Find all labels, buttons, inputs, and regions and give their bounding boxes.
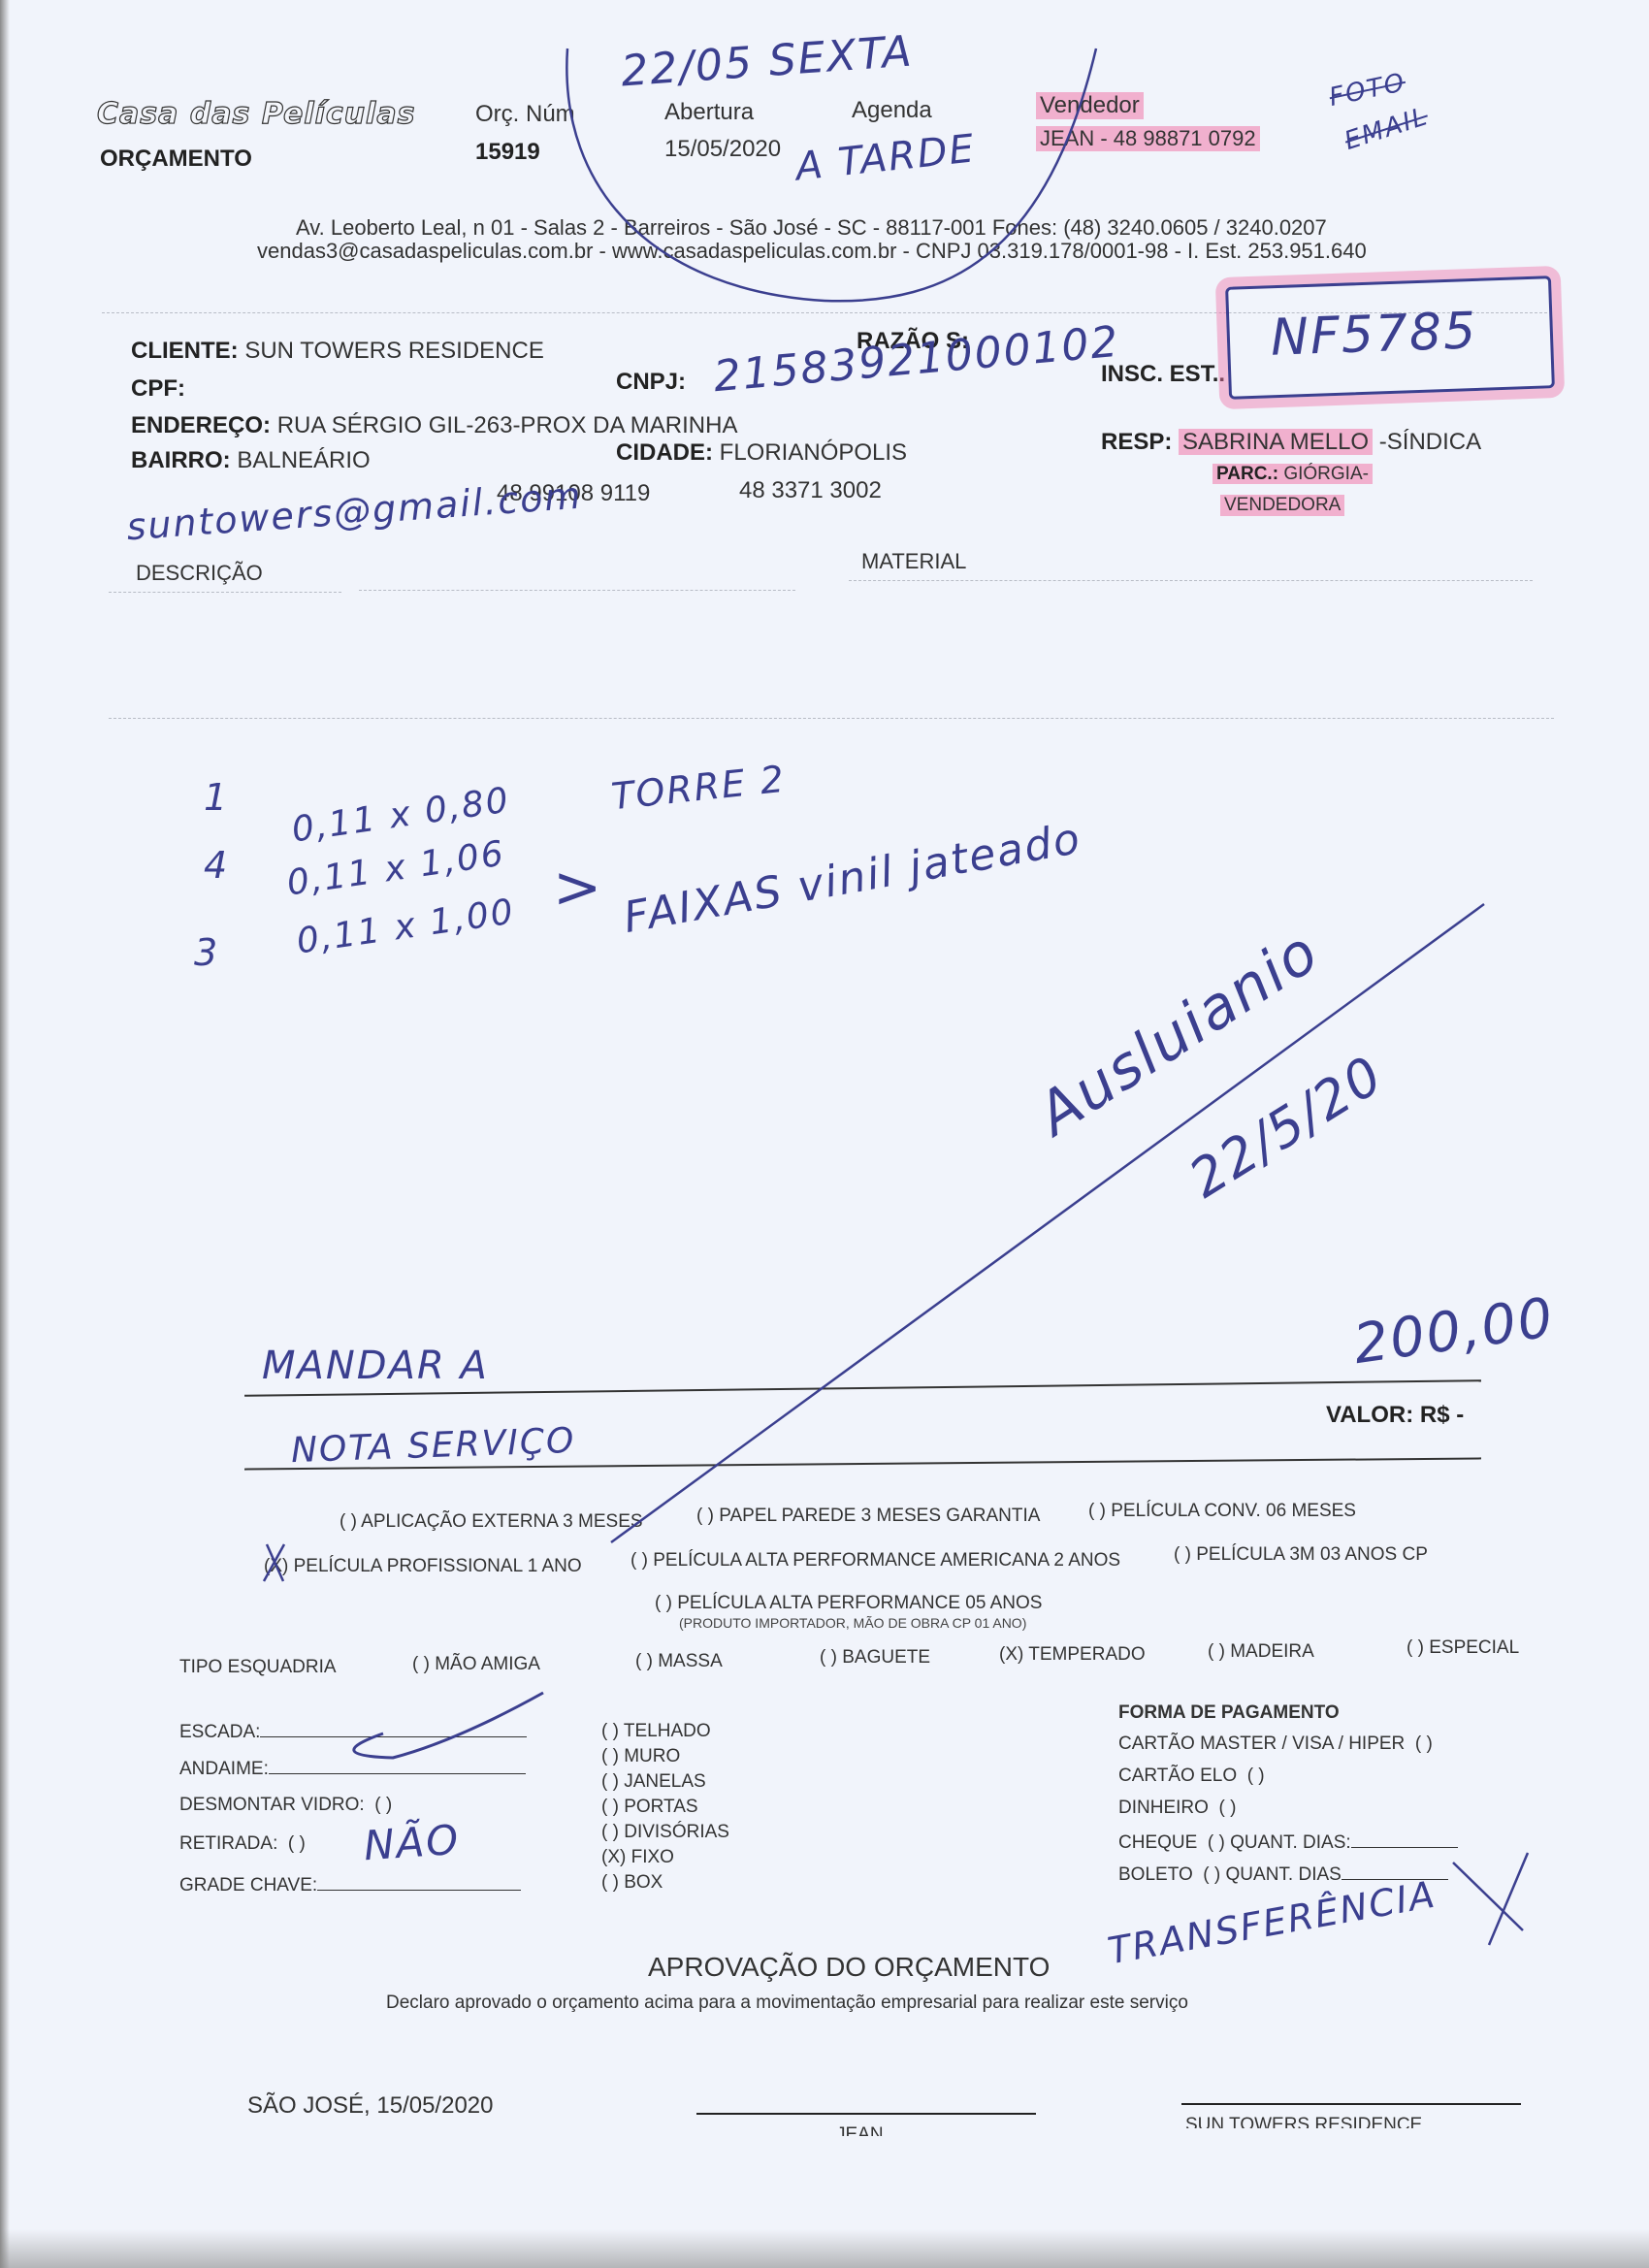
option-label: CHEQUE [1118,1832,1197,1853]
material-label: MATERIAL [861,549,966,574]
andaime-field[interactable]: ANDAIME: [179,1756,526,1780]
checkbox[interactable]: ( ) [339,1511,357,1532]
doc-type: ORÇAMENTO [100,146,252,173]
warranty-option-label: PAPEL PAREDE 3 MESES GARANTIA [719,1506,1040,1526]
handwritten-material: FAIXAS vinil jateado [620,814,1084,943]
warranty-option[interactable]: ( ) APLICAÇÃO EXTERNA 3 MESES [339,1511,643,1533]
bairro-field: BAIRRO: BALNEÁRIO [131,447,371,474]
cliente-value: SUN TOWERS RESIDENCE [244,338,544,364]
handwritten-agenda-time: A TARDE [793,126,978,189]
warranty-option-label: PELÍCULA ALTA PERFORMANCE 05 ANOS [677,1593,1042,1613]
option-label: MADEIRA [1230,1641,1314,1662]
handwritten-email-address: suntowers@gmail.com [125,474,584,549]
checkbox[interactable]: ( ) [1406,1637,1424,1658]
esquadria-option[interactable]: ( ) MÃO AMIGA [412,1654,540,1675]
quant-dias-label: QUANT. DIAS [1226,1864,1342,1885]
warranty-option-checked[interactable]: (X) PELÍCULA PROFISSIONAL 1 ANO [264,1556,582,1577]
endereco-value: RUA SÉRGIO GIL-263-PROX DA MARINHA [277,412,738,438]
item-qty: 1 [204,776,229,819]
checkbox-checked[interactable]: (X) [999,1644,1023,1665]
handwritten-signature-date: 22/5/20 [1179,1044,1394,1210]
checkbox[interactable]: ( ) [1088,1501,1106,1521]
location-option-checked[interactable]: (X) FIXO [601,1845,729,1870]
payment-title: FORMA DE PAGAMENTO [1118,1702,1340,1724]
resp-role: -SÍNDICA [1373,429,1481,455]
cliente-label: CLIENTE: [131,338,239,364]
signature-line-jean [696,2113,1036,2115]
parc-label: PARC.: [1216,464,1278,484]
orc-num: 15919 [475,139,540,166]
option-label: TELHADO [624,1721,711,1741]
scan-edge [0,0,10,2268]
esquadria-label: TIPO ESQUADRIA [179,1657,337,1678]
option-label: TEMPERADO [1028,1644,1145,1665]
checkbox[interactable]: ( ) [412,1654,430,1674]
handwritten-note-2: NOTA SERVIÇO [290,1421,576,1471]
diagonal-cancel-line [611,904,1484,1542]
checkbox[interactable]: ( ) [1203,1864,1220,1885]
location-option[interactable]: ( ) PORTAS [601,1795,729,1820]
escada-label: ESCADA: [179,1722,260,1742]
brand-logo: Casa das Películas [97,97,415,131]
warranty-option-label: PELÍCULA 3M 03 ANOS CP [1196,1544,1428,1565]
checkbox[interactable]: ( ) [655,1593,672,1613]
checkbox[interactable]: ( ) [601,1771,619,1792]
warranty-option-label: APLICAÇÃO EXTERNA 3 MESES [361,1511,642,1532]
endereco-label: ENDEREÇO: [131,412,271,438]
divider [109,718,1554,719]
checkbox[interactable]: ( ) [601,1872,619,1893]
item-qty: 4 [204,844,229,887]
quant-dias-label: QUANT. DIAS: [1230,1832,1351,1853]
warranty-option[interactable]: ( ) PAPEL PAREDE 3 MESES GARANTIA [696,1506,1040,1527]
warranty-option-label: PELÍCULA ALTA PERFORMANCE AMERICANA 2 AN… [653,1550,1120,1571]
divider [109,592,341,593]
handwritten-tower: TORRE 2 [609,758,788,819]
scan-shadow [0,2229,1649,2268]
handwritten-nf: NF5785 [1270,302,1478,367]
checkbox[interactable]: ( ) [1247,1766,1265,1786]
esquadria-option[interactable]: ( ) ESPECIAL [1406,1637,1519,1659]
esquadria-option[interactable]: ( ) MASSA [635,1651,723,1672]
checkbox[interactable]: ( ) [696,1506,714,1526]
checkbox[interactable]: ( ) [1208,1641,1225,1662]
warranty-option-label: PELÍCULA PROFISSIONAL 1 ANO [294,1556,582,1576]
warranty-option[interactable]: ( ) PELÍCULA 3M 03 ANOS CP [1174,1544,1428,1566]
option-label: JANELAS [624,1771,705,1792]
approval-statement: Declaro aprovado o orçamento acima para … [386,1993,1188,2014]
divider [359,590,795,591]
location-list: ( ) TELHADO ( ) MURO ( ) JANELAS ( ) POR… [601,1719,729,1895]
handwritten-foto: FOTO [1327,68,1408,113]
handwritten-email: EMAIL [1342,102,1433,156]
location-option[interactable]: ( ) BOX [601,1870,729,1895]
payment-cartao-master[interactable]: CARTÃO MASTER / VISA / HIPER ( ) [1118,1733,1433,1755]
agenda-label: Agenda [852,97,932,124]
cidade-field: CIDADE: FLORIANÓPOLIS [616,439,907,467]
handwritten-retirada: NÃO [362,1816,461,1870]
cidade-label: CIDADE: [616,439,713,466]
grade-chave-label: GRADE CHAVE: [179,1875,317,1895]
company-address: Av. Leoberto Leal, n 01 - Salas 2 - Barr… [296,215,1327,241]
option-label: CARTÃO MASTER / VISA / HIPER [1118,1733,1405,1754]
parc-field: PARC.: GIÓRGIA- [1212,464,1373,485]
warranty-option[interactable]: ( ) PELÍCULA CONV. 06 MESES [1088,1501,1356,1522]
location-option[interactable]: ( ) JANELAS [601,1769,729,1795]
location-option[interactable]: ( ) MURO [601,1744,729,1769]
descricao-label: DESCRIÇÃO [136,561,263,586]
checkbox[interactable]: ( ) [1208,1832,1225,1853]
option-label: BAGUETE [842,1647,930,1668]
vendedor-label: Vendedor [1036,92,1144,119]
location-option[interactable]: ( ) DIVISÓRIAS [601,1820,729,1845]
option-label: ESPECIAL [1429,1637,1519,1658]
option-label: BOX [624,1872,663,1893]
option-label: MASSA [658,1651,723,1671]
checkbox[interactable]: ( ) [601,1822,619,1842]
desmontar-label: DESMONTAR VIDRO: [179,1795,365,1815]
handwritten-note-1: MANDAR A [262,1344,489,1388]
option-label: DINHEIRO [1118,1798,1209,1818]
checkbox[interactable]: ( ) [374,1795,392,1815]
item-qty: 3 [194,931,219,974]
option-label: MURO [624,1746,680,1766]
abertura-date: 15/05/2020 [664,136,781,163]
option-label: CARTÃO ELO [1118,1766,1237,1786]
boleto-cross [1489,1853,1528,1945]
approval-title: APROVAÇÃO DO ORÇAMENTO [648,1952,1050,1983]
checkbox[interactable]: ( ) [601,1746,619,1766]
handwritten-payment: TRANSFERÊNCIA [1105,1873,1439,1973]
payment-cheque[interactable]: CHEQUE ( ) QUANT. DIAS: [1118,1830,1458,1854]
handwritten-agenda-date: 22/05 SEXTA [620,27,915,97]
option-label: MÃO AMIGA [435,1654,540,1674]
location-option[interactable]: ( ) TELHADO [601,1719,729,1744]
item-size: 0,11 x 1,00 [294,891,517,961]
option-label: PORTAS [624,1797,697,1817]
resp-label: RESP: [1101,429,1172,455]
warranty-option[interactable]: ( ) PELÍCULA ALTA PERFORMANCE AMERICANA … [630,1550,1120,1571]
checkbox[interactable]: ( ) [1174,1544,1191,1565]
esquadria-option[interactable]: ( ) MADEIRA [1208,1641,1314,1663]
payment-dinheiro[interactable]: DINHEIRO ( ) [1118,1798,1236,1819]
checkbox-checked[interactable]: (X) [264,1556,288,1576]
option-label: DIVISÓRIAS [624,1822,729,1842]
esquadria-option[interactable]: ( ) BAGUETE [820,1647,930,1669]
warranty-option[interactable]: ( ) PELÍCULA ALTA PERFORMANCE 05 ANOS [655,1593,1042,1614]
orc-num-label: Orç. Núm [475,101,575,128]
cpf-label: CPF: [131,375,185,403]
cliente-field: CLIENTE: SUN TOWERS RESIDENCE [131,338,544,365]
checkbox[interactable]: ( ) [1218,1798,1236,1818]
checkbox[interactable]: ( ) [288,1833,306,1854]
retirada-field[interactable]: RETIRADA: ( ) [179,1833,306,1855]
handwritten-value: 200,00 [1349,1286,1558,1377]
endereco-field: ENDEREÇO: RUA SÉRGIO GIL-263-PROX DA MAR… [131,412,737,439]
esquadria-option-checked[interactable]: (X) TEMPERADO [999,1644,1146,1666]
cidade-value: FLORIANÓPOLIS [720,439,907,466]
company-contact: vendas3@casadaspeliculas.com.br - www.ca… [257,239,1367,264]
resp-field: RESP: SABRINA MELLO -SÍNDICA [1101,429,1481,456]
parc-role: VENDEDORA [1220,495,1344,516]
warranty-footnote: (PRODUTO IMPORTADOR, MÃO DE OBRA CP 01 A… [679,1615,1026,1631]
checkbox-checked[interactable]: (X) [601,1847,626,1867]
checkbox[interactable]: ( ) [601,1797,619,1817]
payment-cartao-elo[interactable]: CARTÃO ELO ( ) [1118,1766,1265,1787]
boleto-cross [1453,1863,1523,1930]
signature-line-client [1181,2103,1521,2105]
resp-name: SABRINA MELLO [1179,429,1373,455]
vendedor-value: JEAN - 48 98871 0792 [1036,126,1260,151]
signer-jean: JEAN [836,2124,884,2136]
insc-est-label: INSC. EST.. [1101,361,1225,388]
phone-2: 48 3371 3002 [739,477,882,504]
checkbox[interactable]: ( ) [635,1651,653,1671]
option-label: FIXO [631,1847,674,1867]
desmontar-field[interactable]: DESMONTAR VIDRO: ( ) [179,1795,392,1816]
andaime-label: ANDAIME: [179,1759,269,1779]
grade-chave-field[interactable]: GRADE CHAVE: [179,1872,521,1896]
valor-label: VALOR: R$ - [1326,1402,1464,1429]
signer-client: SUN TOWERS RESIDENCE [1185,2115,1422,2128]
brace-mark: > [553,854,603,922]
abertura-label: Abertura [664,99,754,126]
parc-value: GIÓRGIA- [1283,464,1369,484]
retirada-label: RETIRADA: [179,1833,277,1854]
checkbox[interactable]: ( ) [820,1647,837,1668]
bairro-value: BALNEÁRIO [237,447,370,473]
checkbox[interactable]: ( ) [630,1550,648,1571]
escada-field[interactable]: ESCADA: [179,1719,527,1743]
place-date: SÃO JOSÉ, 15/05/2020 [247,2092,494,2120]
bairro-label: BAIRRO: [131,447,231,473]
divider [849,580,1533,581]
checkbox[interactable]: ( ) [1415,1733,1433,1754]
cnpj-label: CNPJ: [616,369,686,396]
warranty-option-label: PELÍCULA CONV. 06 MESES [1111,1501,1356,1521]
checkbox[interactable]: ( ) [601,1721,619,1741]
option-label: BOLETO [1118,1864,1193,1885]
